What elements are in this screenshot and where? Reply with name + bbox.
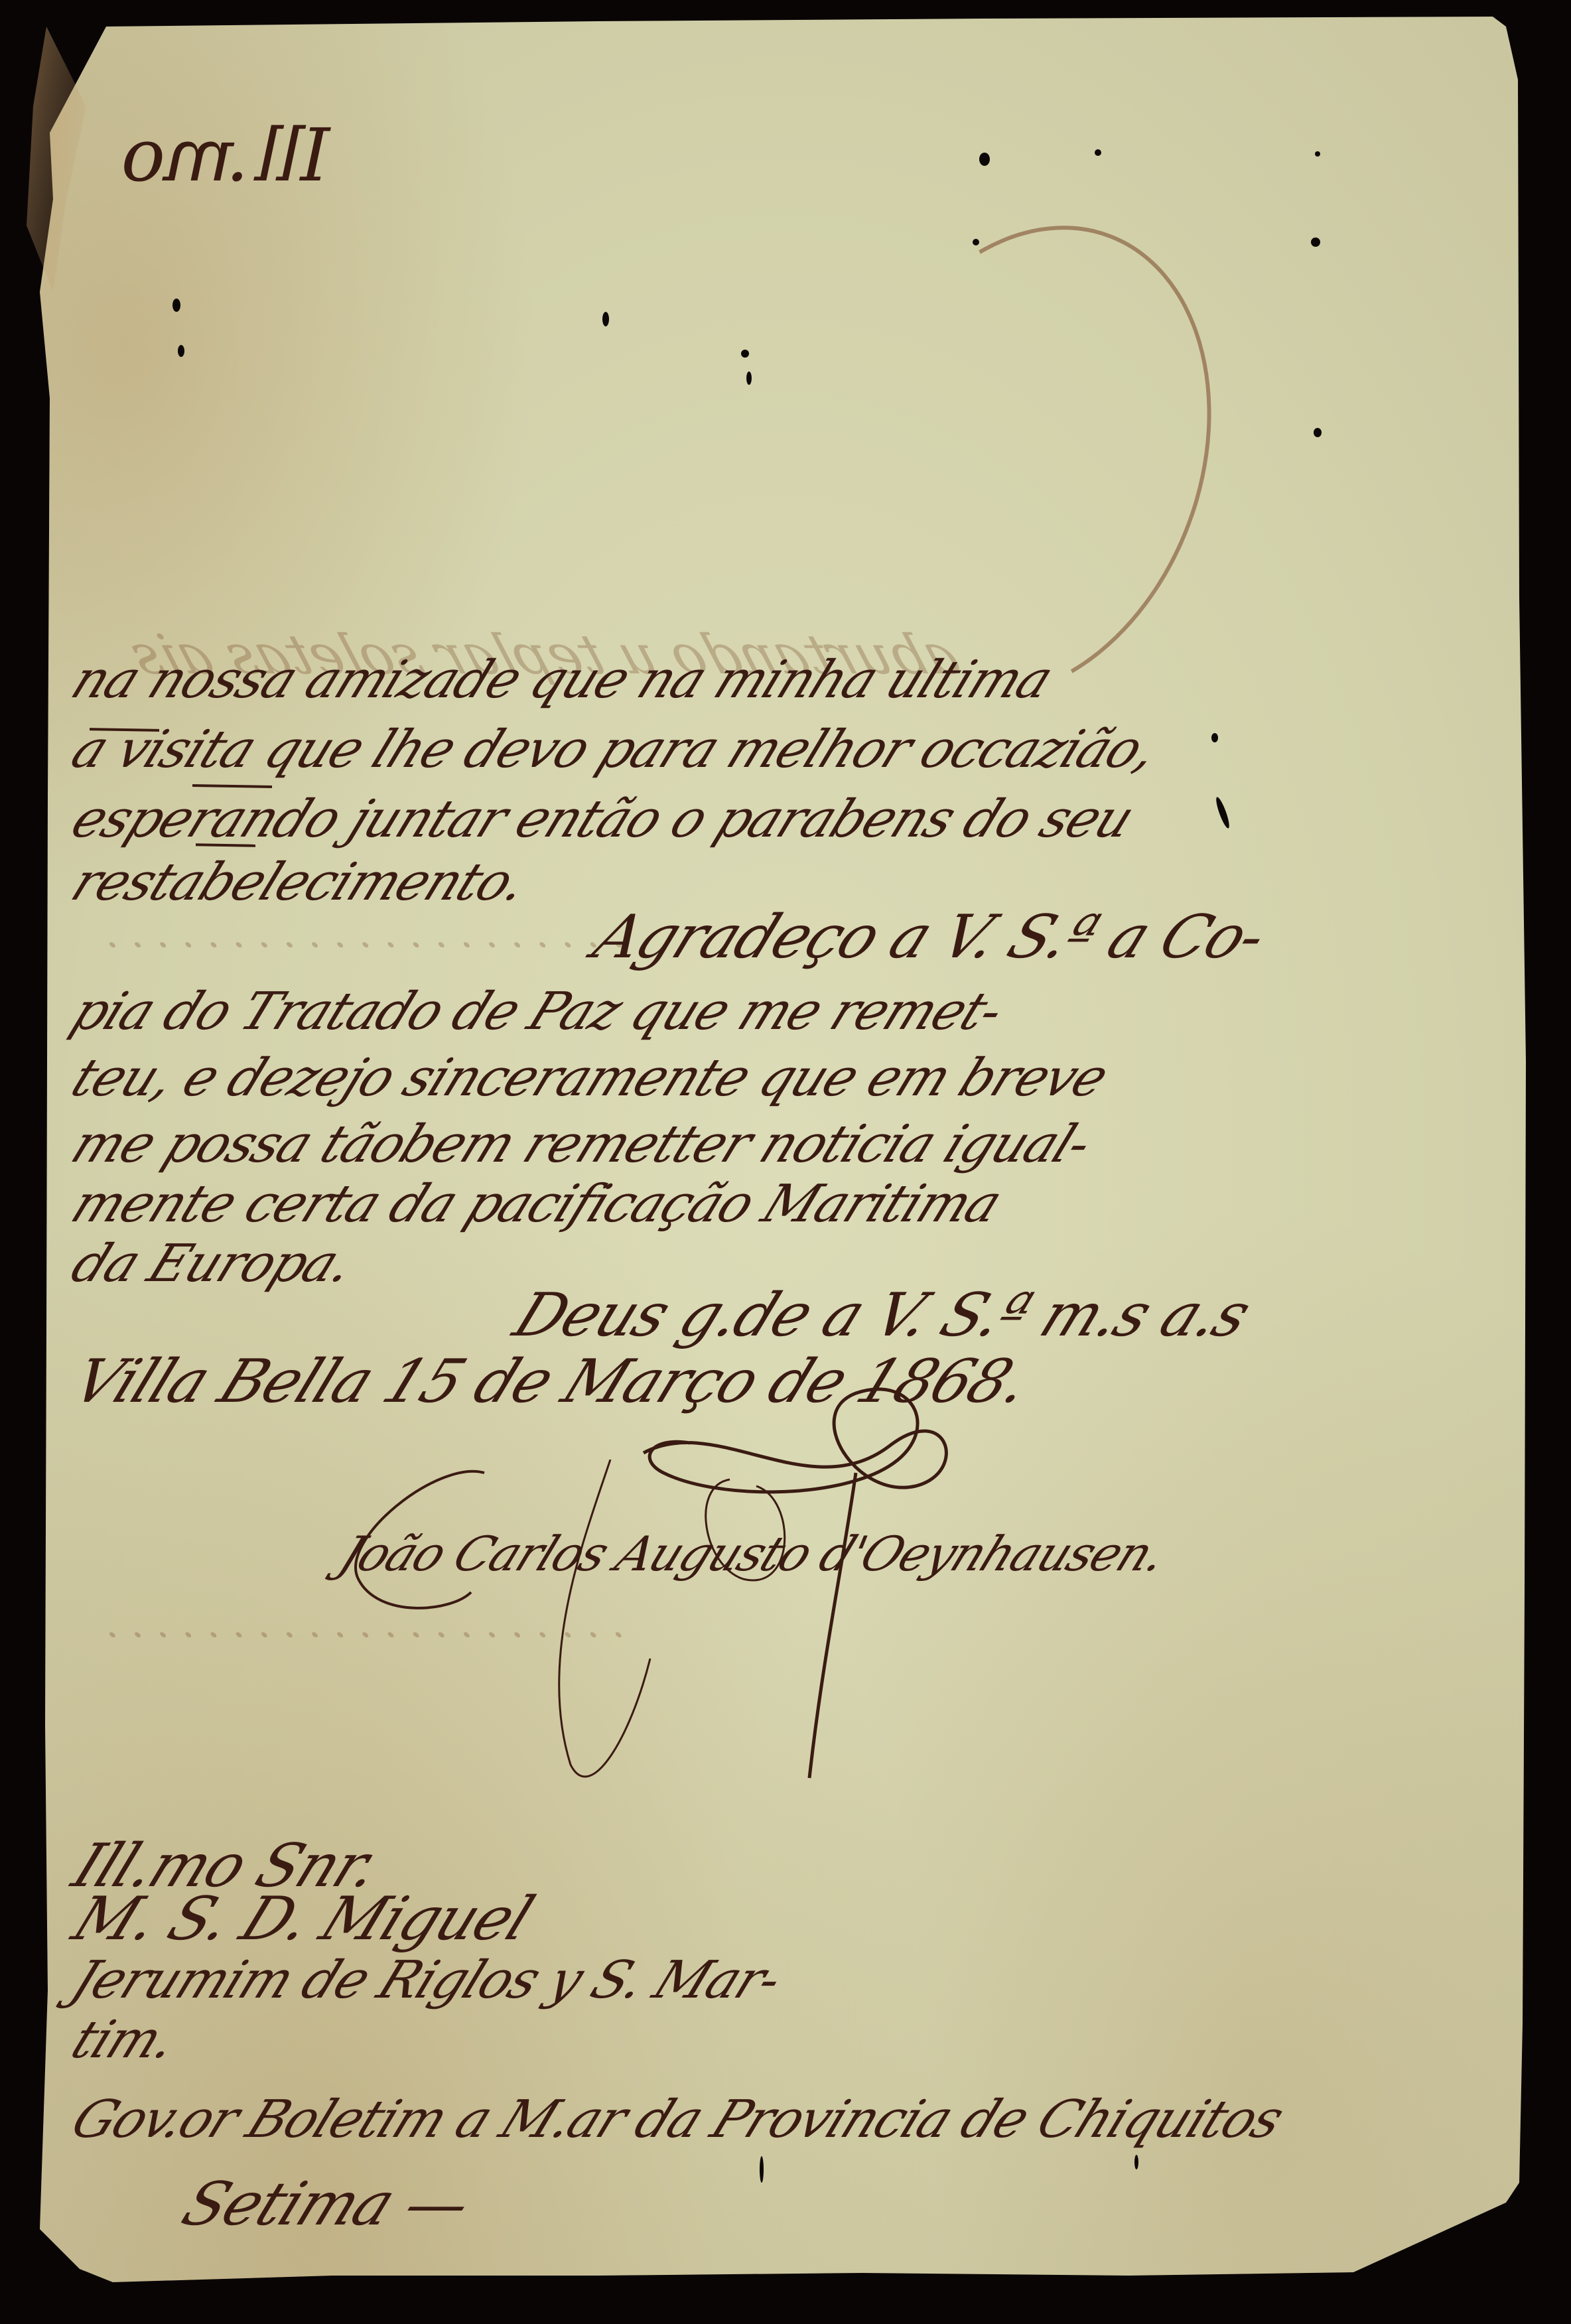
ink-spot [178,345,184,357]
body-line: me possa tãobem remetter noticia igual- [63,1115,1099,1174]
addressee-office: Gov.or Boletim a M.ar da Provincia de Ch… [63,2090,1292,2150]
ink-spot [746,372,752,385]
header-mark: Ill.mo [108,113,346,198]
ink-spot [1315,151,1320,157]
document-scan: aburtando u teplar soletas ais · · · · ·… [0,0,1571,2324]
place-date: Villa Bella 15 de Março de 1868. [63,1347,1039,1416]
ink-spot [973,239,979,245]
body-line: a visita que lhe devo para melhor occazi… [63,720,1166,780]
body-line: pia do Tratado de Paz que me remet- [63,982,1011,1042]
addressee-name: Jerumim de Riglos y S. Mar- [63,1950,789,2010]
ink-spot [172,299,180,312]
addressee-closing: Setima — [172,2169,480,2239]
signature: João Carlos Augusto d'Oeynhausen. [332,1526,1174,1582]
addressee-name: M. S. D. Miguel [63,1884,542,1954]
body-line: Agradeço a V. S.ª a Co- [584,902,1276,972]
closing-formula: Deus g.de a V. S.ª m.s a.s [504,1280,1260,1350]
ink-spot [760,2156,764,2183]
body-line: na nossa amizade que na minha ultima [63,650,1061,710]
ink-spot [1134,2155,1138,2169]
body-line: teu, e dezejo sinceramente que em breve [63,1048,1116,1108]
ink-spot [1095,149,1101,156]
ink-spot [979,153,990,166]
ink-spot [1314,428,1322,437]
body-line: da Europa. [63,1234,362,1294]
body-line: mente certa da pacificação Maritima [63,1174,1009,1234]
ink-spot [1311,238,1320,247]
ink-spot [602,312,609,326]
ink-spot [741,350,749,358]
body-line: esperando juntar então o parabens do seu [63,789,1142,849]
ink-spot [1211,733,1218,742]
body-line: restabelecimento. [63,853,535,912]
